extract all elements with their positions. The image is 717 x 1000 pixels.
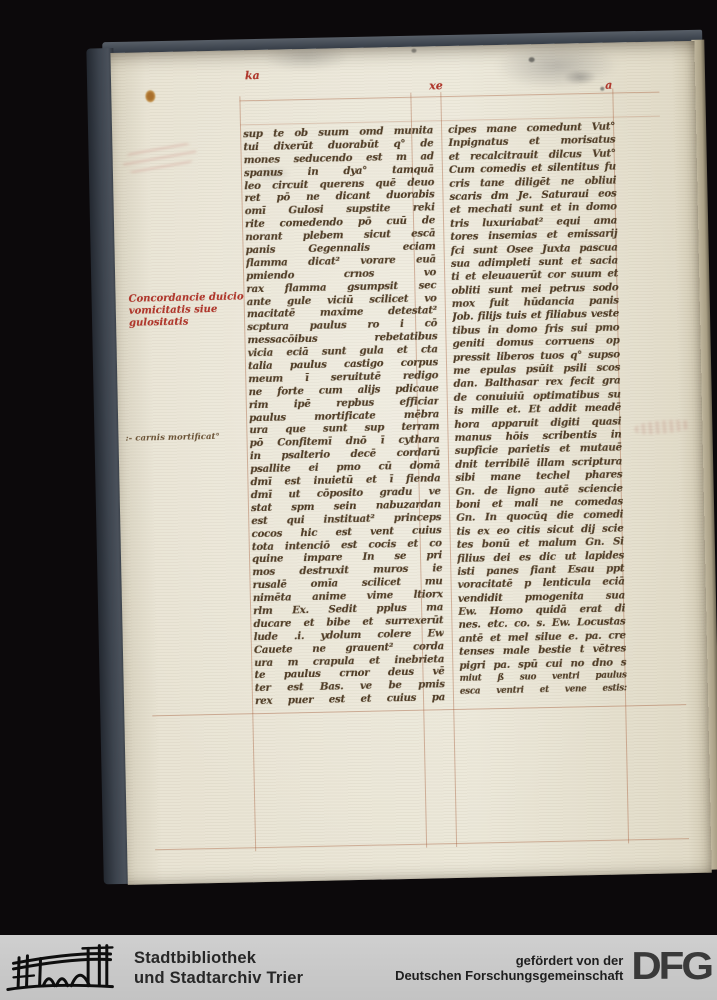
library-name: Stadtbibliothek und Stadtarchiv Trier [134,948,303,988]
funding-line2: Deutschen Forschungsgemeinschaft [395,968,623,983]
library-name-line2: und Stadtarchiv Trier [134,968,303,988]
funding-credit: gefördert von der Deutschen Forschungsge… [395,953,623,983]
running-header-mark-left: ka [245,69,260,82]
ink-speck [529,57,535,62]
dfg-logo: DFG [631,943,711,987]
digitization-footer-banner: Stadtbibliothek und Stadtarchiv Trier ge… [0,935,717,1000]
ruling-line-horizontal [239,92,659,102]
ink-showthrough [121,139,198,178]
mildew-stain [563,69,597,86]
open-book: ka xe a Concordancie duicio vomicitatis … [86,30,717,889]
running-header-mark-right: a [605,79,612,92]
wormhole-spot [145,90,155,102]
manuscript-page: ka xe a Concordancie duicio vomicitatis … [110,41,711,885]
manuscript-text-line: rex puer est et cuius pa [255,691,445,708]
margin-note-red: Concordancie duicio vomicitatis siue gul… [128,291,247,329]
manuscript-scan-viewport: ka xe a Concordancie duicio vomicitatis … [0,0,717,1000]
ink-speck [600,87,604,91]
ruling-line-horizontal [152,704,686,716]
funding-line1: gefördert von der [395,953,623,968]
library-name-line1: Stadtbibliothek [134,948,303,968]
manuscript-column-2: cipes mane comedunt Vut°Inpignatus et mo… [448,121,627,700]
ink-speck [411,49,416,53]
manuscript-text-line: esca ventri et vene estis: [460,683,627,700]
ruling-line-horizontal [155,838,689,850]
porta-nigra-sketch-icon [6,940,118,996]
margin-note-brown: :- carnis mortificat° [125,432,220,444]
manuscript-column-1: sup te ob suum omd munitatui dixerūt duo… [243,124,445,708]
margin-note-line: gulositatis [129,315,247,329]
ink-showthrough [634,418,691,436]
running-header-mark-center: xe [429,79,443,92]
